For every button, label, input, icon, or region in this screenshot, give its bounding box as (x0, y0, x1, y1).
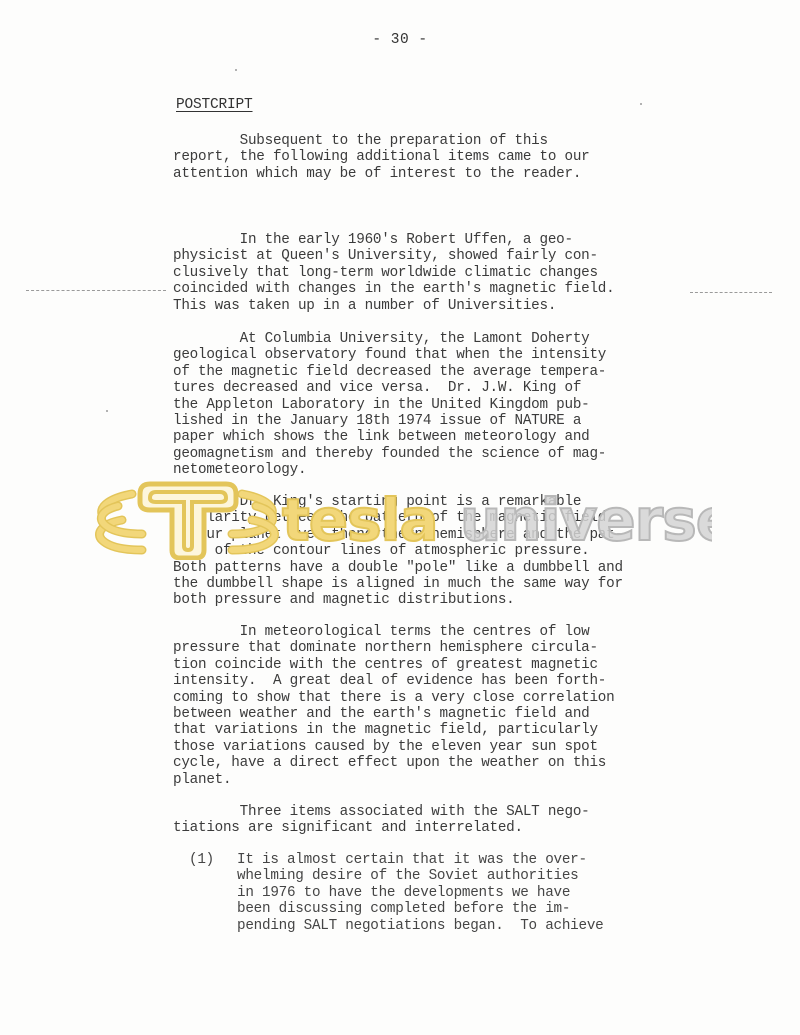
paragraph-columbia: At Columbia University, the Lamont Doher… (173, 331, 713, 479)
scan-speck (640, 103, 642, 105)
section-heading: POSTCRIPT (176, 97, 253, 113)
paragraph-salt: Three items associated with the SALT neg… (173, 804, 713, 837)
scan-margin-mark-left (26, 290, 166, 291)
scan-speck (106, 410, 108, 412)
document-page: - 30 - POSTCRIPT Subsequent to the prepa… (0, 0, 800, 1035)
scan-speck (235, 69, 237, 71)
paragraph-meteorological: In meteorological terms the centres of l… (173, 624, 713, 788)
list-item-text: It is almost certain that it was the ove… (237, 852, 737, 934)
paragraph-uffen: In the early 1960's Robert Uffen, a geo-… (173, 232, 713, 314)
page-number: - 30 - (0, 32, 800, 48)
list-item-marker: (1) (189, 852, 214, 868)
paragraph-intro: Subsequent to the preparation of this re… (173, 133, 713, 182)
paragraph-king: Dr. King's starting point is a remarkabl… (173, 494, 713, 609)
scan-margin-mark-right (690, 292, 772, 293)
